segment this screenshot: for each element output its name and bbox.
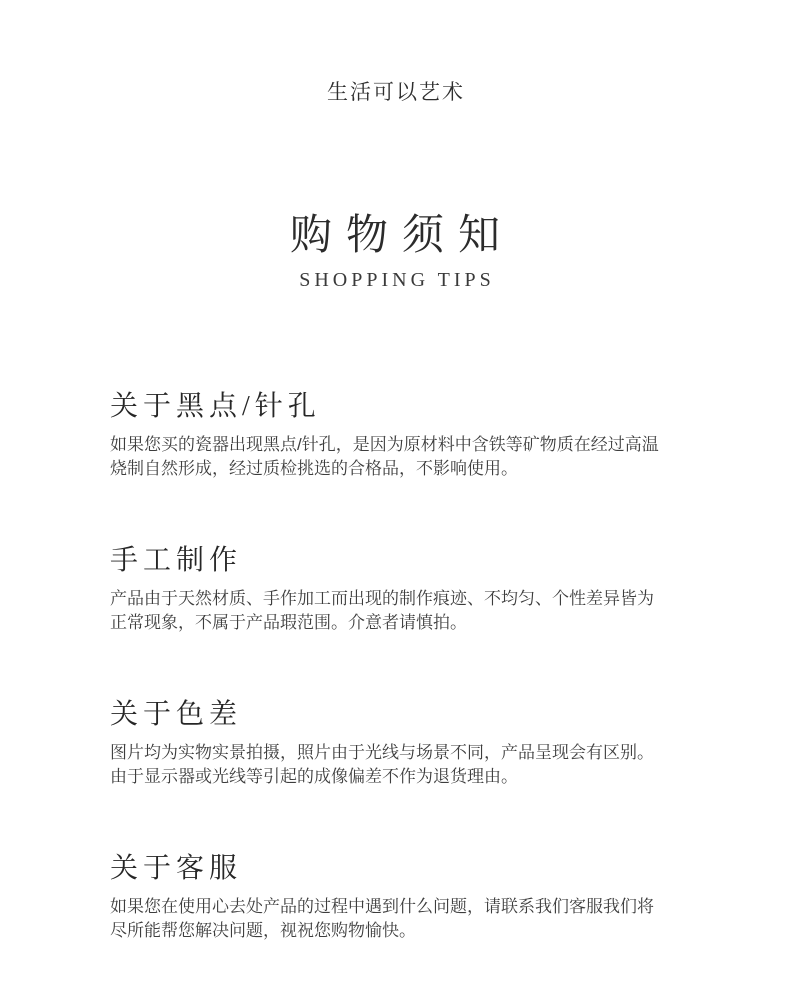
section-heading: 关于客服 (110, 855, 695, 883)
section-body: 图片均为实物实景拍摄，照片由于光线与场景不同，产品呈现会有区别。 由于显示器或光… (110, 741, 695, 789)
section-customer-service: 关于客服 如果您在使用心去处产品的过程中遇到什么问题，请联系我们客服我们将 尽所… (110, 855, 695, 943)
page-subtitle: SHOPPING TIPS (0, 270, 790, 290)
section-body: 如果您在使用心去处产品的过程中遇到什么问题，请联系我们客服我们将 尽所能帮您解决… (110, 895, 695, 943)
page-title: 购物须知 (0, 215, 790, 257)
body-line: 如果您在使用心去处产品的过程中遇到什么问题，请联系我们客服我们将 (110, 895, 695, 919)
brand-slogan: 生活可以艺术 (0, 0, 790, 105)
section-body: 如果您买的瓷器出现黑点/针孔，是因为原材料中含铁等矿物质在经过高温 烧制自然形成… (110, 433, 695, 481)
body-line: 正常现象，不属于产品瑕范围。介意者请慎拍。 (110, 611, 695, 635)
body-line: 尽所能帮您解决问题，视祝您购物愉快。 (110, 919, 695, 943)
section-handmade: 手工制作 产品由于天然材质、手作加工而出现的制作痕迹、不均匀、个性差异皆为 正常… (110, 547, 695, 635)
body-line: 烧制自然形成，经过质检挑选的合格品，不影响使用。 (110, 457, 695, 481)
body-line: 产品由于天然材质、手作加工而出现的制作痕迹、不均匀、个性差异皆为 (110, 587, 695, 611)
body-line: 由于显示器或光线等引起的成像偏差不作为退货理由。 (110, 765, 695, 789)
shopping-tips-page: 生活可以艺术 购物须知 SHOPPING TIPS 关于黑点/针孔 如果您买的瓷… (0, 0, 790, 1000)
section-heading: 手工制作 (110, 547, 695, 575)
body-line: 图片均为实物实景拍摄，照片由于光线与场景不同，产品呈现会有区别。 (110, 741, 695, 765)
body-line: 如果您买的瓷器出现黑点/针孔，是因为原材料中含铁等矿物质在经过高温 (110, 433, 695, 457)
section-color-difference: 关于色差 图片均为实物实景拍摄，照片由于光线与场景不同，产品呈现会有区别。 由于… (110, 701, 695, 789)
section-body: 产品由于天然材质、手作加工而出现的制作痕迹、不均匀、个性差异皆为 正常现象，不属… (110, 587, 695, 635)
section-heading: 关于黑点/针孔 (110, 393, 695, 421)
section-black-spots: 关于黑点/针孔 如果您买的瓷器出现黑点/针孔，是因为原材料中含铁等矿物质在经过高… (110, 393, 695, 481)
section-heading: 关于色差 (110, 701, 695, 729)
notice-sections: 关于黑点/针孔 如果您买的瓷器出现黑点/针孔，是因为原材料中含铁等矿物质在经过高… (110, 393, 695, 943)
